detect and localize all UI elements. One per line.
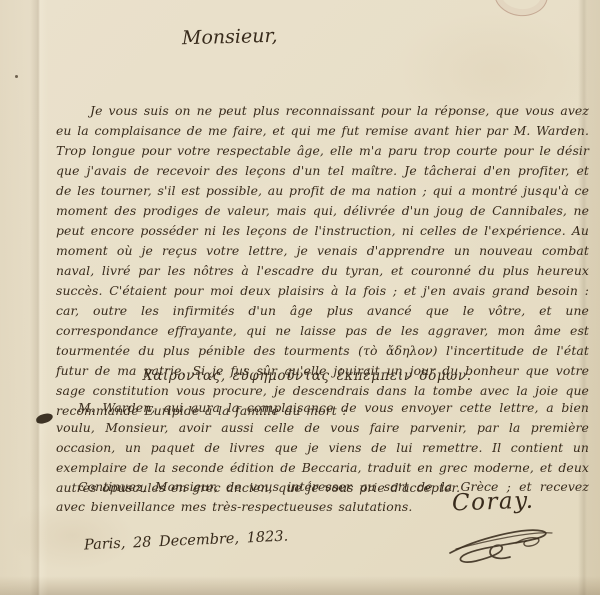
dateline: Paris, 28 Decembre, 1823.	[84, 529, 289, 554]
signature: Coray.	[452, 488, 535, 517]
letter-page: Monsieur, Je vous suis on ne peut plus r…	[0, 0, 600, 595]
ink-blot	[35, 412, 53, 424]
paper-speck	[15, 75, 18, 78]
stamp-mark-icon	[492, 0, 551, 19]
salutation: Monsieur,	[182, 25, 278, 49]
signature-flourish-icon	[446, 519, 556, 569]
greek-quote: Χαίροντας, εὐφημοῦντας ἐκπέμπειν δόμων.	[143, 368, 472, 384]
